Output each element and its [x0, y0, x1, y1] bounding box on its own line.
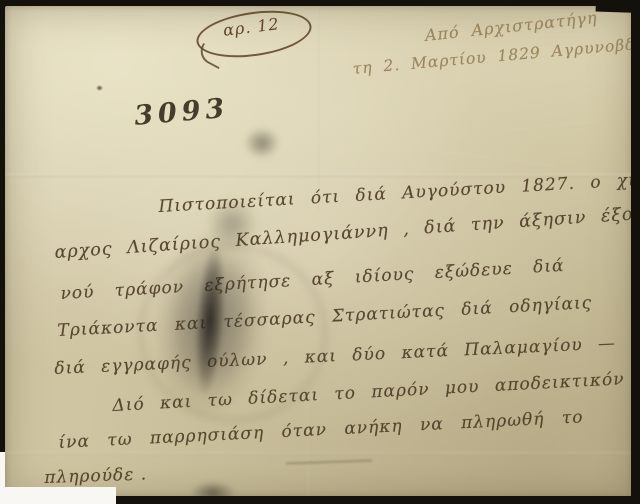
crumple-line	[505, 122, 595, 132]
scan-border-top	[0, 0, 640, 6]
scan-background-corner	[0, 487, 116, 504]
letter-line: πληρούδε .	[44, 464, 148, 488]
fold-crease-vertical	[317, 6, 319, 211]
scan-border-bottom	[28, 496, 640, 504]
ink-blot-wisp	[206, 198, 258, 250]
scan-border-left	[0, 0, 5, 504]
fold-crease-vertical	[308, 398, 310, 497]
ink-smudge	[244, 127, 280, 159]
crumple-line	[425, 150, 554, 168]
scan-border-corner	[596, 0, 640, 13]
scan-background-edge	[0, 452, 5, 504]
ink-speck	[97, 86, 102, 90]
scan-border-right	[631, 0, 640, 504]
fold-crease-horizontal	[5, 452, 632, 455]
scanned-letter: αρ. 12 Από Αρχιστρατήγη τη 2. Μαρτίου 18…	[0, 0, 640, 504]
